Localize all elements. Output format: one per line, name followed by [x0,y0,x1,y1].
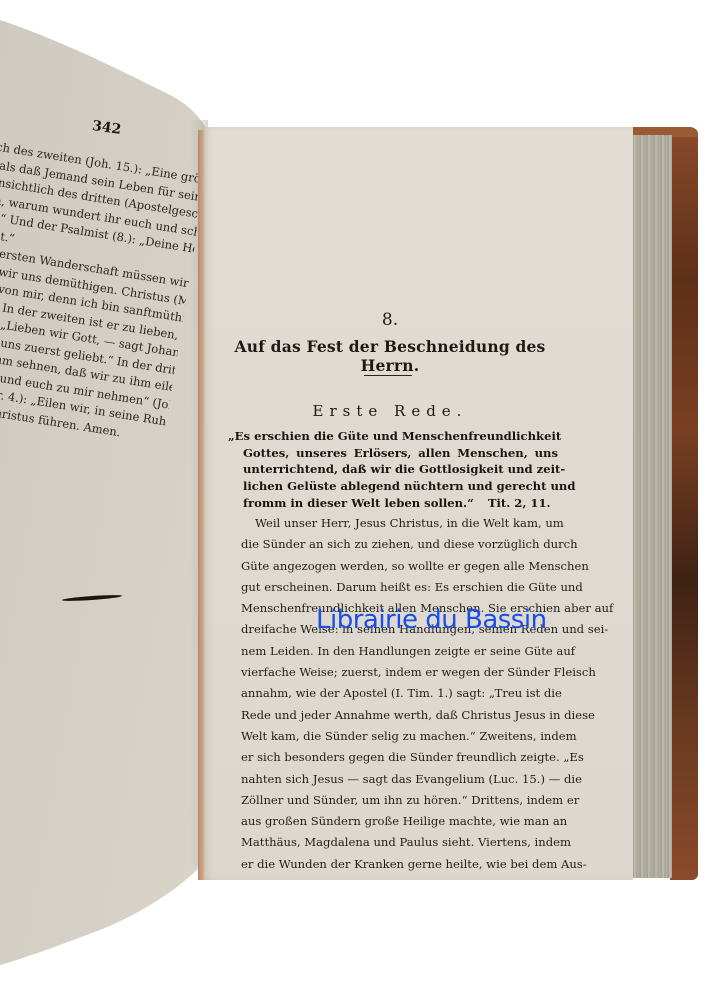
epigraph-line: unterrichtend, daß wir die Gottlosigkeit… [243,461,558,478]
section-number: 8. [210,310,570,330]
body-line: Güte angezogen werden, so wollte er gege… [241,556,559,577]
body-line: Rede und jeder Annahme werth, daß Christ… [241,705,559,726]
body-line: er die Wunden der Kranken gerne heilte, … [241,854,559,875]
body-line: er sich besonders gegen die Sünder freun… [241,747,559,768]
body-line: die Sünder an sich zu ziehen, und diese … [241,534,559,555]
epigraph-reference: Tit. 2, 11. [488,496,551,510]
sermon-heading: Erste Rede. [210,402,570,420]
divider-rule [364,375,412,376]
body-line: Matthäus, Magdalena und Paulus sieht. Vi… [241,832,559,853]
body-line: nahten sich Jesus — sagt das Evangelium … [241,769,559,790]
leather-cover-edge [670,128,698,880]
body-line: annahm, wie der Apostel (I. Tim. 1.) sag… [241,683,559,704]
chapter-title: Auf das Fest der Beschneidung des Herrn. [210,337,570,375]
body-line: Weil unser Herr, Jesus Christus, in die … [241,513,559,534]
epigraph-line: Gottes, unseres Erlösers, allen Menschen… [243,445,558,462]
body-line: Zöllner und Sünder, um ihn zu hören.“ Dr… [241,790,559,811]
body-line: gut erscheinen. Darum heißt es: Es ersch… [241,577,559,598]
epigraph-last-text: fromm in dieser Welt leben sollen.“ [243,496,474,510]
epigraph-line: lichen Gelüste ablegend nüchtern und ger… [243,478,558,495]
body-paragraph: Weil unser Herr, Jesus Christus, in die … [241,513,559,875]
epigraph-quote: „Es erschien die Güte und Menschenfreund… [243,428,558,512]
body-line: vierfache Weise; zuerst, indem er wegen … [241,662,559,683]
book-photo: 342 ich des zweiten (Joh. 15.): „Eine gr… [0,0,720,1000]
page-block-edges [630,135,672,878]
watermark: Librairie du Bassin [316,605,547,635]
body-line: nem Leiden. In den Handlungen zeigte er … [241,641,559,662]
book-gutter [198,130,206,880]
epigraph-line: „Es erschien die Güte und Menschenfreund… [228,428,558,445]
body-line: aus großen Sündern große Heilige machte,… [241,811,559,832]
epigraph-line: fromm in dieser Welt leben sollen.“ Tit.… [243,495,558,512]
body-line: Welt kam, die Sünder selig zu machen.“ Z… [241,726,559,747]
